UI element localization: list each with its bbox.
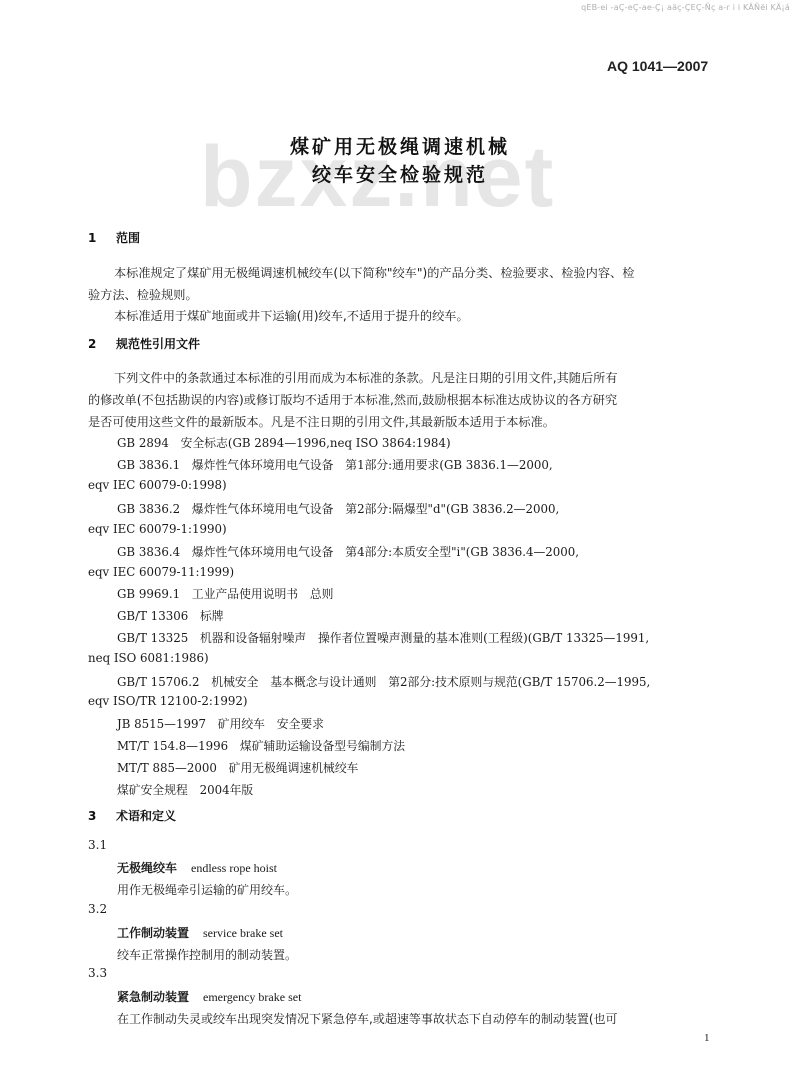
term-entry: 紧急制动装置emergency brake set [117, 988, 301, 1005]
reference-item: GB 3836.1 爆炸性气体环境用电气设备 第1部分:通用要求(GB 3836… [117, 456, 553, 473]
term-number: 3.2 [88, 902, 107, 916]
reference-item: MT/T 885—2000 矿用无极绳调速机械绞车 [117, 759, 358, 776]
section-title: 规范性引用文件 [116, 337, 200, 351]
section-heading-scope: 1范围 [88, 229, 140, 246]
reference-item-continuation: neq ISO 6081:1986) [88, 651, 209, 665]
term-chinese: 紧急制动装置 [117, 990, 189, 1004]
term-english: service brake set [203, 926, 283, 940]
term-definition: 在工作制动失灵或绞车出现突发情况下紧急停车,或超速等事故状态下自动停车的制动装置… [117, 1010, 618, 1027]
reference-item: GB 2894 安全标志(GB 2894—1996,neq ISO 3864:1… [117, 434, 451, 451]
term-english: endless rope hoist [191, 861, 277, 875]
term-definition: 用作无极绳牵引运输的矿用绞车。 [117, 881, 297, 898]
reference-item: GB/T 15706.2 机械安全 基本概念与设计通则 第2部分:技术原则与规范… [117, 673, 650, 690]
section-title: 范围 [116, 231, 140, 245]
reference-item: GB/T 13325 机器和设备辐射噪声 操作者位置噪声测量的基本准则(工程级)… [117, 629, 649, 646]
term-number: 3.3 [88, 966, 107, 980]
section-number: 3 [88, 809, 116, 823]
document-title-line-2: 绞车安全检验规范 [0, 160, 800, 187]
reference-item: 煤矿安全规程 2004年版 [117, 781, 253, 798]
reference-item-continuation: eqv IEC 60079-11:1999) [88, 565, 234, 579]
section-title: 术语和定义 [116, 809, 176, 823]
references-intro-line: 是否可使用这些文件的最新版本。凡是不注日期的引用文件,其最新版本适用于本标准。 [88, 413, 555, 430]
document-title-line-1: 煤矿用无极绳调速机械 [0, 132, 800, 159]
term-definition: 绞车正常操作控制用的制动装置。 [117, 946, 297, 963]
references-intro-line: 的修改单(不包括勘误的内容)或修订版均不适用于本标准,然而,鼓励根据本标准达成协… [88, 391, 617, 408]
reference-item: JB 8515—1997 矿用绞车 安全要求 [117, 715, 324, 732]
section-number: 2 [88, 337, 116, 351]
term-chinese: 工作制动装置 [117, 926, 189, 940]
reference-item-continuation: eqv IEC 60079-0:1998) [88, 478, 227, 492]
scope-paragraph-line: 本标准适用于煤矿地面或井下运输(用)绞车,不适用于提升的绞车。 [114, 307, 469, 324]
references-intro-line: 下列文件中的条款通过本标准的引用而成为本标准的条款。凡是注日期的引用文件,其随后… [114, 369, 618, 386]
term-entry: 工作制动装置service brake set [117, 924, 283, 941]
term-english: emergency brake set [203, 990, 301, 1004]
reference-item-continuation: eqv ISO/TR 12100-2:1992) [88, 694, 247, 708]
scope-paragraph-line: 本标准规定了煤矿用无极绳调速机械绞车(以下简称"绞车")的产品分类、检验要求、检… [114, 264, 634, 281]
section-heading-normative-references: 2规范性引用文件 [88, 335, 200, 352]
reference-item: GB/T 13306 标牌 [117, 607, 224, 624]
term-entry: 无极绳绞车endless rope hoist [117, 859, 277, 876]
page-number: 1 [704, 1032, 710, 1044]
term-chinese: 无极绳绞车 [117, 861, 177, 875]
section-number: 1 [88, 231, 116, 245]
reference-item: GB 3836.4 爆炸性气体环境用电气设备 第4部分:本质安全型"i"(GB … [117, 543, 579, 560]
reference-item: MT/T 154.8—1996 煤矿辅助运输设备型号编制方法 [117, 737, 405, 754]
section-heading-terms-definitions: 3术语和定义 [88, 807, 176, 824]
reference-item-continuation: eqv IEC 60079-1:1990) [88, 522, 227, 536]
reference-item: GB 3836.2 爆炸性气体环境用电气设备 第2部分:隔爆型"d"(GB 38… [117, 500, 559, 517]
standard-number: AQ 1041—2007 [607, 58, 708, 74]
scope-paragraph-line: 验方法、检验规则。 [88, 286, 198, 303]
reference-item: GB 9969.1 工业产品使用说明书 总则 [117, 585, 333, 602]
term-number: 3.1 [88, 838, 107, 852]
header-code-text: qEB-ei -aÇ-eÇ-ae-Ç¡ aäç-ÇEÇ-Ñç a-r i i K… [581, 3, 790, 12]
